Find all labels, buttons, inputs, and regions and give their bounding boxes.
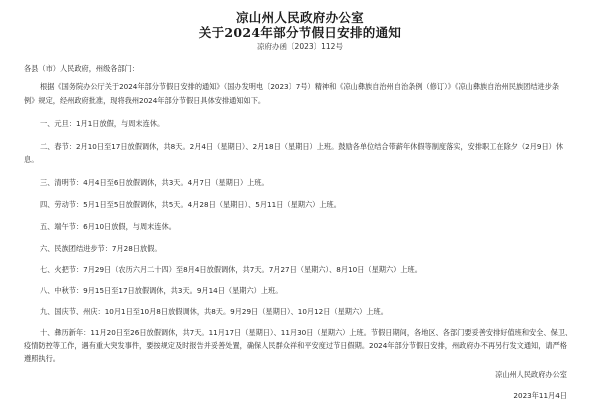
document-number: 凉府办函〔2023〕112号 <box>0 41 600 52</box>
document-title: 关于2024年部分节假日安排的通知 <box>0 25 600 40</box>
org-title: 凉山州人民政府办公室 <box>0 10 600 25</box>
item-new-year: 一、元旦：1月1日放假，与周末连休。 <box>40 119 164 129</box>
item-spring-festival-cont: 息。 <box>24 155 38 165</box>
item-torch-festival: 七、火把节：7月29日（农历六月二十四）至8月4日放假调休，共7天。7月27日（… <box>40 265 422 275</box>
item-yi-new-year: 十、彝历新年：11月20日至26日放假调休，共7天。11月17日（星期日）、11… <box>40 328 572 338</box>
signature: 凉山州人民政府办公室 <box>495 370 567 380</box>
item-labor-day: 四、劳动节：5月1日至5日放假调休，共5天。4月28日（星期日）、5月11日（星… <box>40 200 341 210</box>
item-ethnic-unity-day: 六、民族团结进步节：7月28日放假。 <box>40 244 162 254</box>
notice-document: 凉山州人民政府办公室 关于2024年部分节假日安排的通知 凉府办函〔2023〕1… <box>0 0 600 404</box>
item-yi-new-year-cont2: 遵照执行。 <box>24 354 60 364</box>
salutation: 各县（市）人民政府，州级各部门： <box>24 64 139 74</box>
item-yi-new-year-cont1: 疫情防控等工作，遇有重大突发事件，要按规定及时报告并妥善处置，确保人民群众祥和平… <box>24 341 567 351</box>
item-qingming: 三、清明节：4月4日至6日放假调休，共3天。4月7日（星期日）上班。 <box>40 178 269 188</box>
item-dragon-boat: 五、端午节：6月10日放假，与周末连休。 <box>40 222 176 232</box>
item-national-day: 九、国庆节、州庆：10月1日至10月8日放假调休，共8天。9月29日（星期日）、… <box>40 307 388 317</box>
issue-date: 2023年11月4日 <box>513 391 567 401</box>
intro-paragraph-line2: 例》规定，经州政府批准，现将我州2024年部分节假日具体安排通知如下。 <box>24 96 265 106</box>
item-spring-festival: 二、春节：2月10日至17日放假调休，共8天。2月4日（星期日）、2月18日（星… <box>40 142 563 152</box>
intro-paragraph-line1: 根据《国务院办公厅关于2024年部分节假日安排的通知》（国办发明电〔2023〕7… <box>40 82 559 92</box>
item-mid-autumn: 八、中秋节：9月15日至17日放假调休，共3天。9月14日（星期六）上班。 <box>40 286 282 296</box>
